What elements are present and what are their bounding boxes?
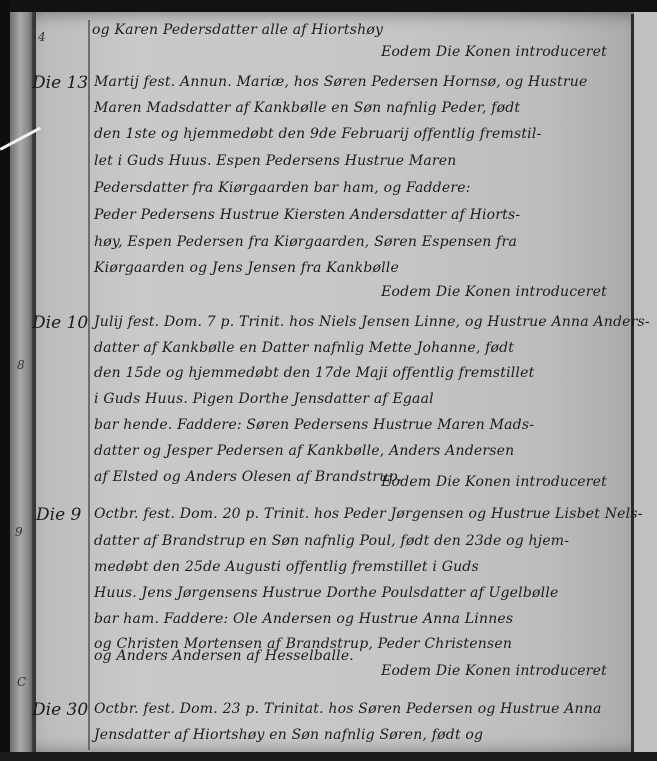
introduction-note: Eodem Die Konen introduceret	[381, 474, 607, 490]
entry-line: høy, Espen Pedersen fra Kiørgaarden, Sør…	[94, 234, 517, 250]
margin-mark: C	[17, 675, 26, 689]
scan-bottom-edge	[0, 752, 657, 761]
entry-line: Maren Madsdatter af Kankbølle en Søn naf…	[94, 100, 520, 116]
introduction-note: Eodem Die Konen introduceret	[381, 284, 607, 300]
entry-line: Pedersdatter fra Kiørgaarden bar ham, og…	[94, 180, 471, 196]
entry-line: medøbt den 25de Augusti offentlig fremst…	[94, 559, 479, 575]
entry-line: Octbr. fest. Dom. 20 p. Trinit. hos Pede…	[94, 506, 643, 522]
entry-date: Die 30	[32, 700, 88, 720]
entry-line: datter og Jesper Pedersen af Kankbølle, …	[94, 443, 514, 459]
left-margin-rule	[88, 20, 90, 750]
entry-line: Octbr. fest. Dom. 23 p. Trinitat. hos Sø…	[94, 701, 602, 717]
scan-binding-shadow	[0, 0, 10, 761]
entry-line: Peder Pedersens Hustrue Kiersten Andersd…	[94, 207, 520, 223]
carryover-line: og Karen Pedersdatter alle af Hiortshøy	[92, 22, 383, 38]
entry-line: bar hende. Faddere: Søren Pedersens Hust…	[94, 417, 534, 433]
entry-line: datter af Brandstrup en Søn nafnlig Poul…	[94, 533, 569, 549]
entry-line: den 1ste og hjemmedøbt den 9de Februarij…	[94, 126, 541, 142]
page-number: 4	[38, 30, 46, 44]
entry-line: Jensdatter af Hiortshøy en Søn nafnlig S…	[94, 727, 483, 743]
introduction-note: Eodem Die Konen introduceret	[381, 44, 607, 60]
entry-line: datter af Kankbølle en Datter nafnlig Me…	[94, 340, 514, 356]
entry-line: bar ham. Faddere: Ole Andersen og Hustru…	[94, 611, 513, 627]
entry-line: i Guds Huus. Pigen Dorthe Jensdatter af …	[94, 391, 434, 407]
facing-page-edge	[634, 12, 657, 754]
entry-line: Kiørgaarden og Jens Jensen fra Kankbølle	[94, 260, 399, 276]
entry-line: af Elsted og Anders Olesen af Brandstrup…	[94, 469, 402, 485]
entry-line: den 15de og hjemmedøbt den 17de Maji off…	[94, 365, 534, 381]
entry-line: og Anders Andersen af Hesselballe.	[94, 648, 354, 664]
entry-line: Julij fest. Dom. 7 p. Trinit. hos Niels …	[94, 314, 650, 330]
margin-mark: 8	[17, 358, 25, 372]
gutter-line	[32, 12, 36, 754]
entry-line: let i Guds Huus. Espen Pedersens Hustrue…	[94, 153, 457, 169]
entry-line: Martij fest. Annun. Mariæ, hos Søren Ped…	[94, 74, 587, 90]
entry-date: Die 10	[32, 313, 88, 333]
entry-date: Die 13	[32, 73, 88, 93]
entry-line: Huus. Jens Jørgensens Hustrue Dorthe Pou…	[94, 585, 558, 601]
margin-mark: 9	[15, 525, 23, 539]
entry-date: Die 9	[36, 505, 81, 525]
introduction-note: Eodem Die Konen introduceret	[381, 663, 607, 679]
